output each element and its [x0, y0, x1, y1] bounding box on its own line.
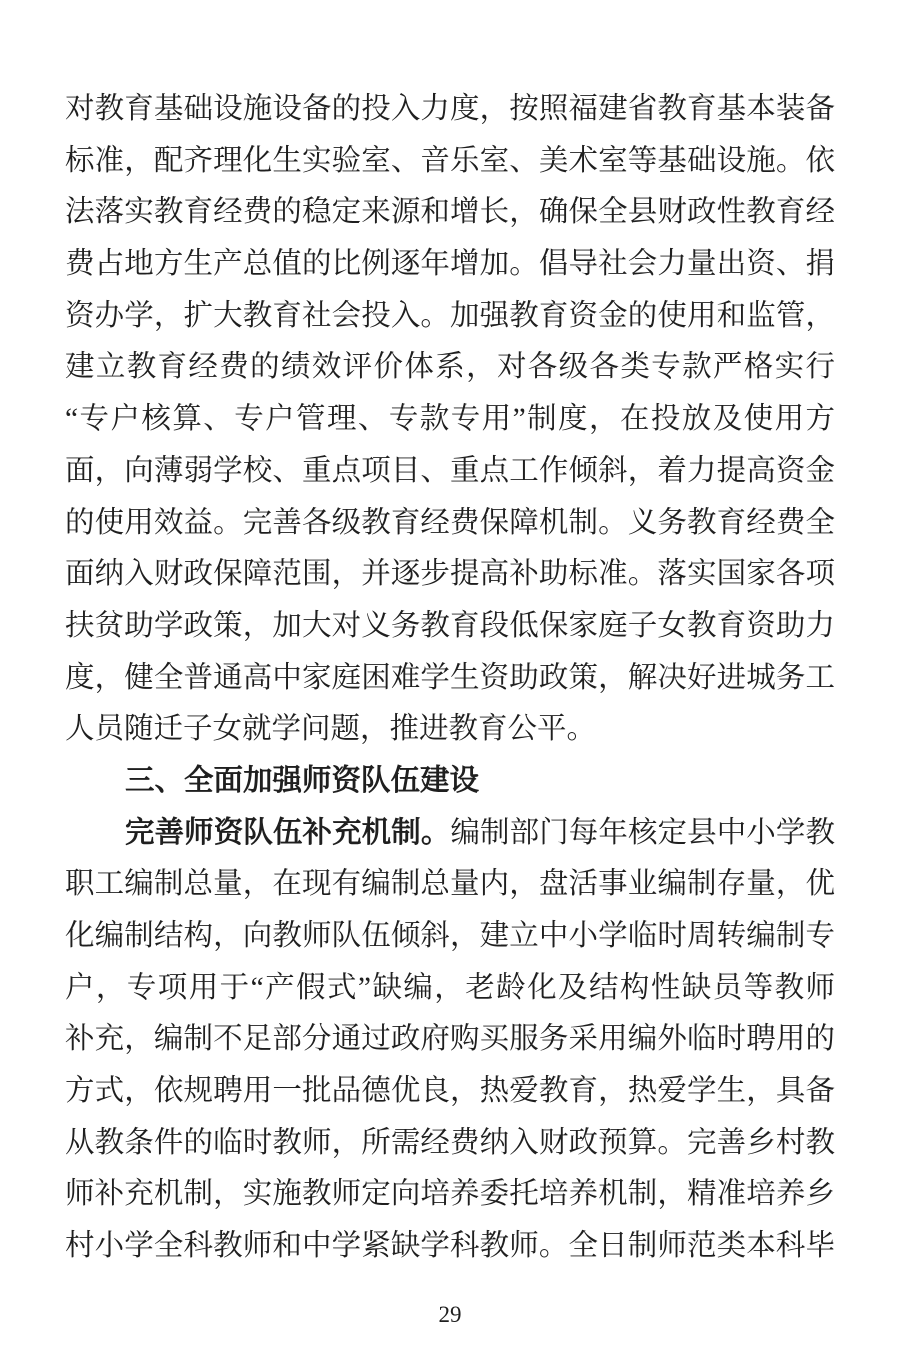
text-run: 化编制结构，向教师队伍倾斜，建立中小学临时周转编制专 — [65, 920, 835, 952]
text-run: 扶贫助学政策，加大对义务教育段低保家庭子女教育资助力 — [65, 610, 835, 642]
text-line: 面，向薄弱学校、重点项目、重点工作倾斜，着力提高资金 — [65, 446, 835, 498]
text-line: 补充，编制不足部分通过政府购买服务采用编外临时聘用的 — [65, 1014, 835, 1066]
text-line: 费占地方生产总值的比例逐年增加。倡导社会力量出资、捐 — [65, 239, 835, 291]
text-run: “专户核算、专户管理、专款专用”制度，在投放及使用方 — [65, 403, 835, 435]
text-run: 面，向薄弱学校、重点项目、重点工作倾斜，着力提高资金 — [65, 455, 835, 487]
text-run: 建立教育经费的绩效评价体系，对各级各类专款严格实行 — [65, 351, 835, 383]
text-run: 法落实教育经费的稳定来源和增长，确保全县财政性教育经 — [65, 196, 835, 228]
text-run: 师补充机制，实施教师定向培养委托培养机制，精准培养乡 — [65, 1178, 835, 1210]
text-run: 资办学，扩大教育社会投入。加强教育资金的使用和监管， — [65, 300, 835, 332]
text-line: 扶贫助学政策，加大对义务教育段低保家庭子女教育资助力 — [65, 601, 835, 653]
text-line: 资办学，扩大教育社会投入。加强教育资金的使用和监管， — [65, 291, 835, 343]
text-run: 对教育基础设施设备的投入力度，按照福建省教育基本装备 — [65, 93, 835, 125]
text-line: 职工编制总量，在现有编制总量内，盘活事业编制存量，优 — [65, 859, 835, 911]
text-line: 化编制结构，向教师队伍倾斜，建立中小学临时周转编制专 — [65, 911, 835, 963]
text-line: 法落实教育经费的稳定来源和增长，确保全县财政性教育经 — [65, 187, 835, 239]
text-run: 补充，编制不足部分通过政府购买服务采用编外临时聘用的 — [65, 1023, 835, 1055]
text-run: 标准，配齐理化生实验室、音乐室、美术室等基础设施。依 — [65, 145, 835, 177]
section-heading: 三、全面加强师资队伍建设 — [65, 756, 835, 808]
text-line: 方式，依规聘用一批品德优良，热爱教育，热爱学生，具备 — [65, 1066, 835, 1118]
text-run: 人员随迁子女就学问题，推进教育公平。 — [65, 713, 596, 745]
text-run: 职工编制总量，在现有编制总量内，盘活事业编制存量，优 — [65, 868, 835, 900]
text-line: 度，健全普通高中家庭困难学生资助政策，解决好进城务工 — [65, 653, 835, 705]
text-run: 方式，依规聘用一批品德优良，热爱教育，热爱学生，具备 — [65, 1075, 835, 1107]
scanned-document-page: 对教育基础设施设备的投入力度，按照福建省教育基本装备标准，配齐理化生实验室、音乐… — [0, 0, 900, 1354]
text-line: 面纳入财政保障范围，并逐步提高补助标准。落实国家各项 — [65, 549, 835, 601]
text-line: 户，专项用于“产假式”缺编，老龄化及结构性缺员等教师 — [65, 963, 835, 1015]
document-body: 对教育基础设施设备的投入力度，按照福建省教育基本装备标准，配齐理化生实验室、音乐… — [65, 84, 835, 1273]
text-line: 标准，配齐理化生实验室、音乐室、美术室等基础设施。依 — [65, 136, 835, 188]
text-run: 费占地方生产总值的比例逐年增加。倡导社会力量出资、捐 — [65, 248, 835, 280]
text-run: 从教条件的临时教师，所需经费纳入财政预算。完善乡村教 — [65, 1127, 835, 1159]
text-run: 面纳入财政保障范围，并逐步提高补助标准。落实国家各项 — [65, 558, 835, 590]
text-run: 户，专项用于“产假式”缺编，老龄化及结构性缺员等教师 — [65, 972, 835, 1004]
text-line: 对教育基础设施设备的投入力度，按照福建省教育基本装备 — [65, 84, 835, 136]
text-line: 村小学全科教师和中学紧缺学科教师。全日制师范类本科毕 — [65, 1221, 835, 1273]
text-line: 完善师资队伍补充机制。编制部门每年核定县中小学教 — [65, 808, 835, 860]
text-run: 完善师资队伍补充机制。 — [125, 817, 450, 849]
text-line: 的使用效益。完善各级教育经费保障机制。义务教育经费全 — [65, 498, 835, 550]
text-line: 人员随迁子女就学问题，推进教育公平。 — [65, 704, 835, 756]
text-line: 师补充机制，实施教师定向培养委托培养机制，精准培养乡 — [65, 1169, 835, 1221]
text-run: 的使用效益。完善各级教育经费保障机制。义务教育经费全 — [65, 507, 835, 539]
page-number: 29 — [0, 1302, 900, 1328]
text-line: “专户核算、专户管理、专款专用”制度，在投放及使用方 — [65, 394, 835, 446]
text-run: 度，健全普通高中家庭困难学生资助政策，解决好进城务工 — [65, 662, 835, 694]
text-line: 建立教育经费的绩效评价体系，对各级各类专款严格实行 — [65, 342, 835, 394]
text-run: 三、全面加强师资队伍建设 — [125, 765, 479, 797]
text-line: 从教条件的临时教师，所需经费纳入财政预算。完善乡村教 — [65, 1118, 835, 1170]
text-run: 编制部门每年核定县中小学教 — [450, 817, 835, 849]
text-run: 村小学全科教师和中学紧缺学科教师。全日制师范类本科毕 — [65, 1230, 835, 1262]
